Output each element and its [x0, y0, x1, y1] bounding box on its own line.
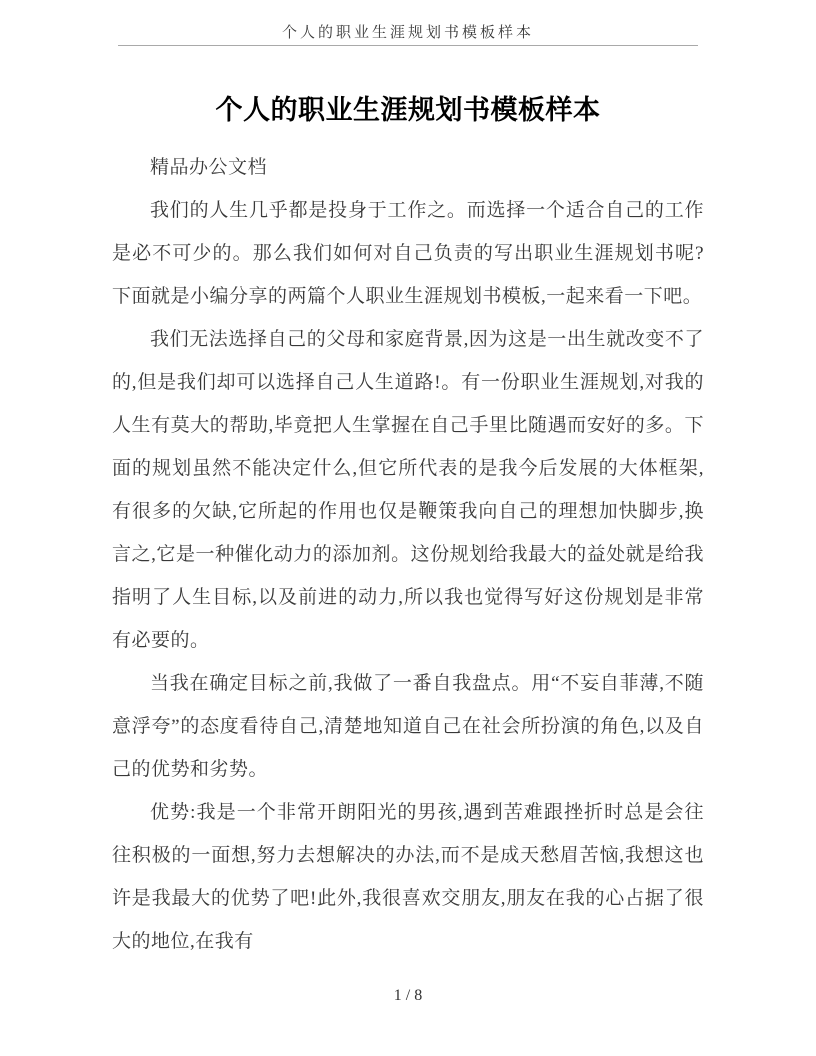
header-title: 个人的职业生涯规划书模板样本: [282, 25, 534, 41]
document-title: 个人的职业生涯规划书模板样本: [0, 92, 816, 128]
body-paragraph: 我们无法选择自己的父母和家庭背景,因为这是一出生就改变不了的,但是我们却可以选择…: [112, 318, 704, 662]
page-header: 个人的职业生涯规划书模板样本: [118, 24, 698, 46]
page-footer: 1 / 8: [0, 986, 816, 1006]
page-number: 1 / 8: [394, 987, 422, 1004]
body-paragraph: 优势:我是一个非常开朗阳光的男孩,遇到苦难跟挫折时总是会往往积极的一面想,努力去…: [112, 791, 704, 963]
body-paragraph: 精品办公文档: [112, 146, 704, 189]
body-paragraph: 当我在确定目标之前,我做了一番自我盘点。用“不妄自菲薄,不随意浮夸”的态度看待自…: [112, 662, 704, 791]
document-body: 精品办公文档 我们的人生几乎都是投身于工作之。而选择一个适合自己的工作是必不可少…: [112, 146, 704, 963]
body-paragraph: 我们的人生几乎都是投身于工作之。而选择一个适合自己的工作是必不可少的。那么我们如…: [112, 189, 704, 318]
document-page: 个人的职业生涯规划书模板样本 个人的职业生涯规划书模板样本 精品办公文档 我们的…: [0, 0, 816, 1056]
